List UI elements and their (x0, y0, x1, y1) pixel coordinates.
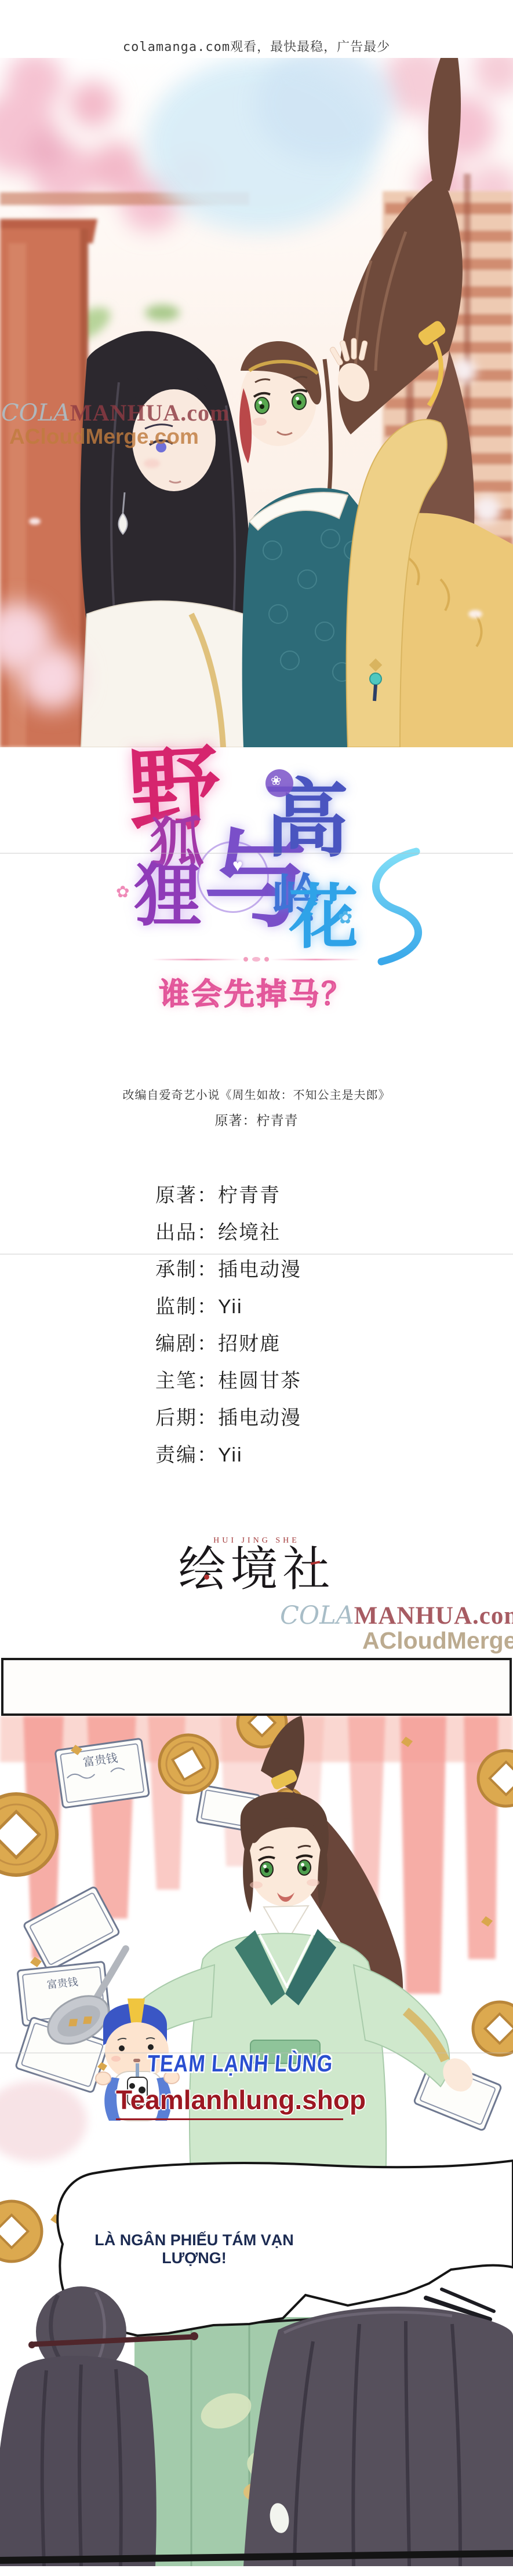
speech-bubble-text: LÀ NGÂN PHIẾU TÁM VẠN LƯỢNG! (65, 2231, 323, 2267)
manga-reader-page: colamanga.com观看，最快最稳，广告最少 (0, 0, 513, 2576)
tile-seam (0, 1254, 513, 1255)
flower-icon-white: ❀ (271, 774, 281, 787)
mid-watermark-line1: COLAMANHUA.com (280, 1603, 513, 1628)
team-watermark-underline (116, 2118, 343, 2120)
site-notice: colamanga.com观看，最快最稳，广告最少 (0, 37, 513, 55)
watermark-manhua-text: MANHUA.com (70, 400, 230, 426)
credit-row: 主笔：桂圆甘茶 (155, 1368, 301, 1405)
title-subtitle: 谁会先掉马？ (0, 970, 513, 1013)
watermark-cola-text: COLA (280, 1601, 354, 1630)
credit-row: 出品：绘境社 (155, 1220, 301, 1257)
title-divider (152, 957, 361, 962)
watermark-manhua-text: MANHUA.com (354, 1602, 513, 1629)
cover-watermark-line2: ACloudMerge.com (1, 426, 230, 447)
cover-watermark-line1: COLAMANHUA.com (1, 401, 230, 425)
credits-list: 原著：柠青青 出品：绘境社 承制：插电动漫 监制：Yii 编剧：招财鹿 主笔：桂… (155, 1183, 301, 1479)
blank-panel (1, 1658, 512, 1716)
heart-icon: ♥ (232, 856, 243, 876)
adaptation-line: 改编自爱奇艺小说《周生如故：不知公主是夫郎》 (0, 1086, 513, 1102)
credit-row: 责编：Yii (155, 1442, 301, 1479)
manga-panel: 富贵钱 富贵钱 (0, 1716, 513, 2566)
studio-red-accent (204, 1574, 209, 1580)
credit-row: 后期：插电动漫 (155, 1405, 301, 1442)
team-watermark-name: TEAM LẠNH LÙNG (147, 2051, 311, 2078)
mid-watermark: COLAMANHUA.com ACloudMerge.com (280, 1603, 513, 1653)
flower-icon-pink: ✿ (116, 884, 129, 900)
title-char-li: 狸 (133, 861, 202, 930)
studio-name: 绘境社 (0, 1545, 513, 1594)
swirl-ornament (347, 846, 434, 967)
original-author-line: 原著：柠青青 (0, 1110, 513, 1129)
right-head (243, 2289, 513, 2566)
cover-watermark: COLAMANHUA.com ACloudMerge.com (1, 401, 230, 447)
credit-row: 编剧：招财鹿 (155, 1331, 301, 1368)
tile-seam (0, 2052, 513, 2054)
credit-row: 原著：柠青青 (155, 1183, 301, 1220)
team-watermark-site: Teamlanhlung.shop (116, 2084, 348, 2115)
tile-seam (0, 853, 513, 854)
credit-row: 承制：插电动漫 (155, 1257, 301, 1294)
mid-watermark-line2: ACloudMerge.com (362, 1629, 513, 1653)
watermark-cola-text: COLA (1, 400, 70, 426)
credit-row: 监制：Yii (155, 1294, 301, 1331)
studio-logo: HUI JING SHE 绘境社 (0, 1536, 513, 1594)
